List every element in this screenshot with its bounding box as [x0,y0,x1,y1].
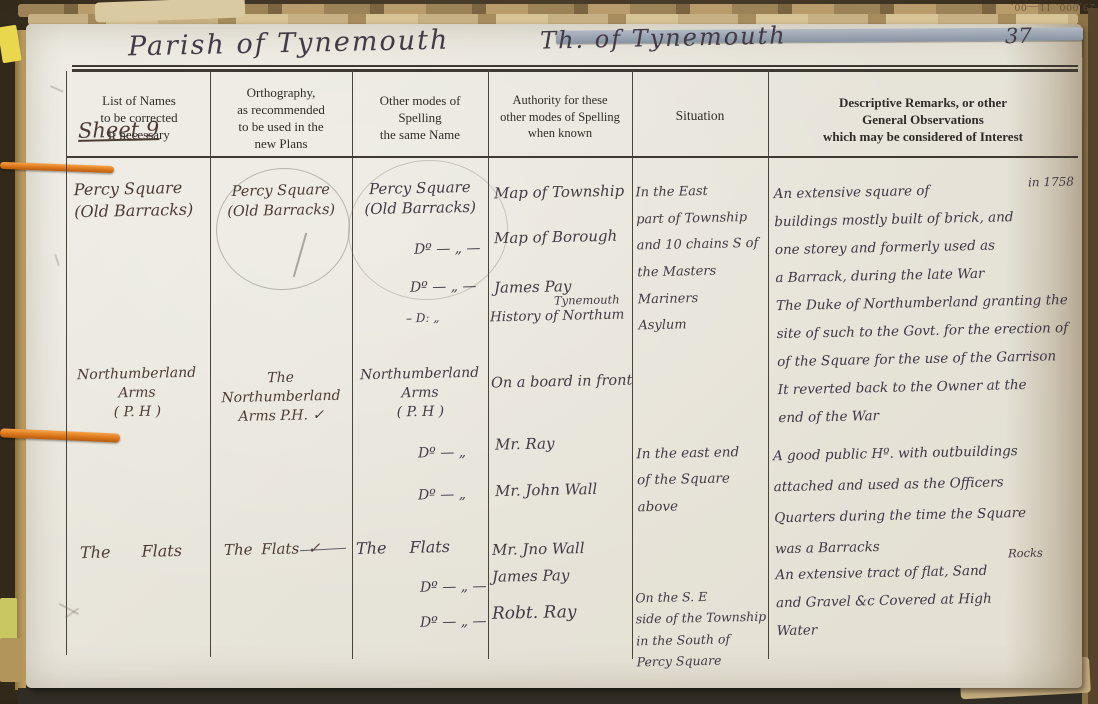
row3-authority-1: Mr. Jno Wall [492,538,585,560]
title-rule-thin [72,65,1078,67]
header-list-of-names: List of Names to be corrected if necessa… [70,92,208,143]
upside-down-stamp: 29,000. 11—00. [945,1,1095,13]
tan-paper-edge-bottom-left [0,638,22,682]
row2-name: Northumberland Arms ( P. H ) [65,364,208,424]
row2-authority-3: Mr. John Wall [495,479,598,501]
header-orthography: Orthography, as recommended to be used i… [212,84,350,153]
row3-situation: On the S. E side of the Township in the … [635,585,769,673]
row3-remarks: An extensive tract of flat, Sand and Gra… [775,555,1083,645]
row2-orthography: The Northumberland Arms P.H. ✓ [212,368,349,428]
row1-name: Percy Square (Old Barracks) [74,177,194,223]
row2-situation: In the east end of the Square above [636,439,768,521]
row3-ditto-1: Dº — „ — [420,577,487,597]
row2-authority-1: On a board in front [491,372,633,395]
row1-authority-1: Map of Township [494,181,625,204]
row1-ditto-1: Dº — „ — [414,239,481,259]
table-left-border [66,71,67,655]
page-number: 37 [1005,22,1032,51]
column-divider-4 [632,71,633,659]
header-authority: Authority for these other modes of Spell… [489,92,631,142]
header-other-modes: Other modes of Spelling the same Name [354,92,486,143]
row1-situation: In the East part of Township and 10 chai… [635,178,768,341]
column-divider-3 [488,71,489,659]
row2-other-spelling: Northumberland Arms ( P. H ) [353,364,486,423]
row1-authority-2: Map of Borough [494,226,618,249]
row2-ditto-1: Dº — „ [418,443,466,463]
row3-ditto-2: Dº — „ — [420,612,487,632]
header-remarks: Descriptive Remarks, or other General Ob… [772,94,1074,145]
row3-authority-2: James Pay [492,565,570,587]
row1-ditto-2: Dº — „ — [410,277,477,297]
header-bottom-rule [66,156,1078,158]
row1-orthography: Percy Square (Old Barracks) [216,181,347,223]
row1-remark-insertion: in 1758 [1028,174,1074,191]
column-divider-5 [768,71,769,659]
row3-other-spelling: The Flats [356,536,450,560]
left-page-edge [15,30,26,690]
title-township: Th. of Tynemouth [540,19,787,57]
row2-ditto-2: Dº — „ [418,485,466,505]
title-rule-thick [72,69,1078,72]
row2-authority-2: Mr. Ray [495,433,555,454]
row1-remarks: An extensive square of buildings mostly … [773,174,1080,432]
row3-name: The Flats [80,540,182,564]
column-divider-1 [210,71,211,657]
header-situation: Situation [634,107,766,125]
title-parish: Parish of Tynemouth [128,23,450,66]
row3-authority-3: Robt. Ray [492,601,577,626]
row1-other-spelling: Percy Square (Old Barracks) [356,177,485,220]
bottom-book-shadow [18,688,1082,704]
row1-ditto-3: – Dː „ [406,310,440,327]
column-divider-2 [352,71,353,659]
row1-authority-4: History of Northum [490,306,625,327]
right-page-stack-2 [1088,8,1098,704]
